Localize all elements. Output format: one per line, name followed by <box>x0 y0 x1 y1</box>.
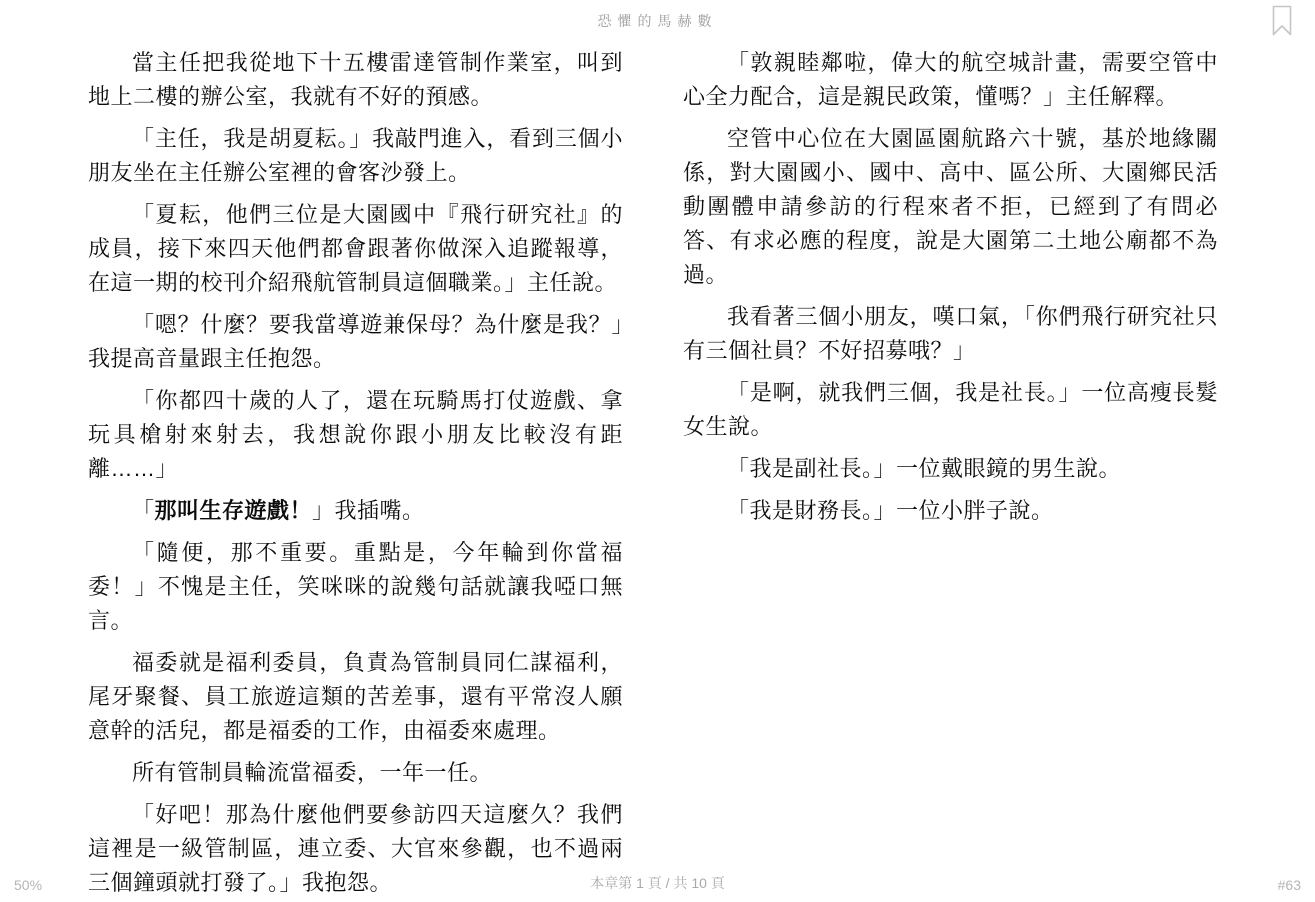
text-column-left: 當主任把我從地下十五樓雷達管制作業室，叫到地上二樓的辦公室，我就有不好的預感。「… <box>88 46 623 836</box>
paragraph: 當主任把我從地下十五樓雷達管制作業室，叫到地上二樓的辦公室，我就有不好的預感。 <box>88 46 623 114</box>
bookmark-icon <box>1271 25 1293 40</box>
paragraph: 「主任，我是胡夏耘。」我敲門進入，看到三個小朋友坐在主任辦公室裡的會客沙發上。 <box>88 122 623 190</box>
page-content: 當主任把我從地下十五樓雷達管制作業室，叫到地上二樓的辦公室，我就有不好的預感。「… <box>88 46 1218 836</box>
paragraph: 「我是副社長。」一位戴眼鏡的男生說。 <box>683 452 1218 486</box>
paragraph: 福委就是福利委員，負責為管制員同仁謀福利，尾牙聚餐、員工旅遊這類的苦差事，還有平… <box>88 646 623 748</box>
paragraph: 「敦親睦鄰啦，偉大的航空城計畫，需要空管中心全力配合，這是親民政策，懂嗎？」主任… <box>683 46 1218 114</box>
reader-page: 恐懼的馬赫數 當主任把我從地下十五樓雷達管制作業室，叫到地上二樓的辦公室，我就有… <box>0 0 1315 902</box>
paragraph: 「你都四十歲的人了，還在玩騎馬打仗遊戲、拿玩具槍射來射去，我想說你跟小朋友比較沒… <box>88 384 623 486</box>
chapter-page-indicator: 本章第 1 頁 / 共 10 頁 <box>0 873 1315 893</box>
paragraph: 「那叫生存遊戲！」我插嘴。 <box>88 494 623 528</box>
paragraph: 「是啊，就我們三個，我是社長。」一位高瘦長髮女生說。 <box>683 376 1218 444</box>
location-number: #63 <box>1278 877 1301 893</box>
paragraph: 「我是財務長。」一位小胖子說。 <box>683 494 1218 528</box>
paragraph: 「夏耘，他們三位是大園國中『飛行研究社』的成員，接下來四天他們都會跟著你做深入追… <box>88 198 623 300</box>
chapter-title: 恐懼的馬赫數 <box>0 11 1315 31</box>
paragraph: 「嗯？什麼？要我當導遊兼保母？為什麼是我？」我提高音量跟主任抱怨。 <box>88 308 623 376</box>
reader-footer: 50% 本章第 1 頁 / 共 10 頁 #63 <box>0 864 1315 902</box>
paragraph: 「隨便，那不重要。重點是，今年輪到你當福委！」不愧是主任，笑咪咪的說幾句話就讓我… <box>88 536 623 638</box>
paragraph: 我看著三個小朋友，嘆口氣，「你們飛行研究社只有三個社員？不好招募哦？」 <box>683 300 1218 368</box>
bookmark-button[interactable] <box>1271 5 1293 37</box>
paragraph: 所有管制員輪流當福委，一年一任。 <box>88 756 623 790</box>
text-column-right: 「敦親睦鄰啦，偉大的航空城計畫，需要空管中心全力配合，這是親民政策，懂嗎？」主任… <box>683 46 1218 836</box>
paragraph: 空管中心位在大園區園航路六十號，基於地緣關係，對大園國小、國中、高中、區公所、大… <box>683 122 1218 292</box>
